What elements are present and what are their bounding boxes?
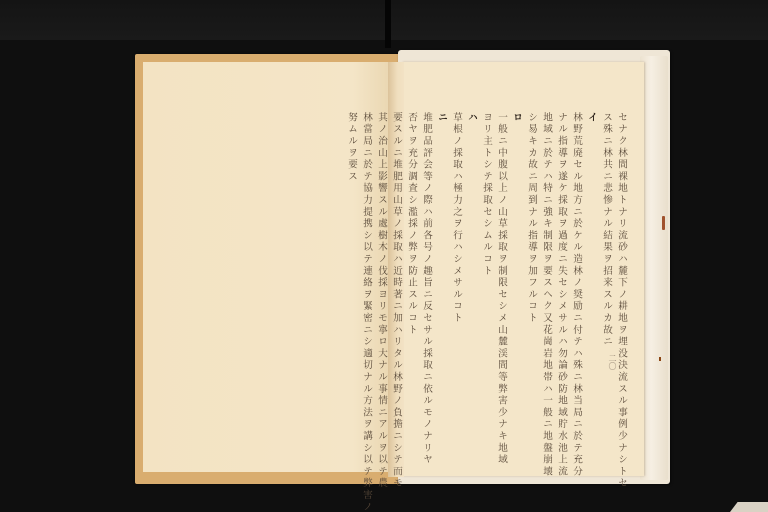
background-top (0, 0, 768, 40)
text-column: ヨリ主トシテ採取セシムルコト (480, 112, 493, 457)
item-marker-ro: ロ (510, 112, 523, 457)
text-column: 其ノ治山上影響スル處樹木ノ伐採ヨリモ寧ロ大ナル事情ニアルヲ以テ農 (375, 112, 388, 457)
text-column: 一般ニ中腹以上ノ山草採取ヲ制限セシメ山麓渓間等弊害少ナキ地域 (495, 112, 508, 457)
rust-stain (662, 216, 665, 230)
text-column: ス殊ニ林共ニ悲惨ナル結果ヲ招来スルカ故ニ (600, 112, 613, 457)
page-edges (640, 56, 668, 480)
background-corner (730, 502, 768, 512)
rust-stain-small (659, 357, 661, 361)
item-marker-ha: ハ (465, 112, 478, 457)
text-column: セナク林間裸地トナリ流砂ハ麓下ノ耕地ヲ埋没決流スル事例少ナシトセ (615, 112, 628, 457)
text-column: 草根ノ採取ハ極力之ヲ行ハシメサルコト (450, 112, 463, 457)
text-column: ナル指導ヲ遂ケ採取ヲ過度ニ失セシメサルハ勿論砂防地域貯水池上流 (555, 112, 568, 457)
text-column: 否ヤヲ充分調査シ濫採ノ弊ヲ防止スルコト (405, 112, 418, 457)
text-column: 地域ニ於テハ特ニ強キ制限ヲ要スヘク又花崗岩地帯ハ一般ニ地盤崩壊 (540, 112, 553, 457)
text-column: 林當局ニ於テ協力提携シ以テ連絡ヲ緊密ニシ適切ナル方法ヲ講シ以テ弊害ノ除去ニ (360, 112, 373, 457)
page-number: 二〇 (607, 354, 618, 370)
vertical-text-block: セナク林間裸地トナリ流砂ハ麓下ノ耕地ヲ埋没決流スル事例少ナシトセ ス殊ニ林共ニ悲… (388, 112, 628, 457)
text-column: 林野荒廃セル地方ニ於ケル造林ノ奨励ニ付テハ殊ニ林当局ニ於テ充分 (570, 112, 583, 457)
text-column: 努ムルヲ要ス (345, 112, 358, 457)
text-column: 要スルニ堆肥用山草ノ採取ハ近時著ニ加ハリタル林野ノ負擔ニシテ而モ (390, 112, 403, 457)
item-marker-ni: ニ (435, 112, 448, 457)
text-column: 堆肥品評会等ノ際ハ前各号ノ趣旨ニ反セサル採取ニ依ルモノナリヤ (420, 112, 433, 457)
background-seam (385, 0, 391, 48)
text-column: シ易キカ故ニ周到ナル指導ヲ加フルコト (525, 112, 538, 457)
item-marker-i: イ (585, 112, 598, 457)
